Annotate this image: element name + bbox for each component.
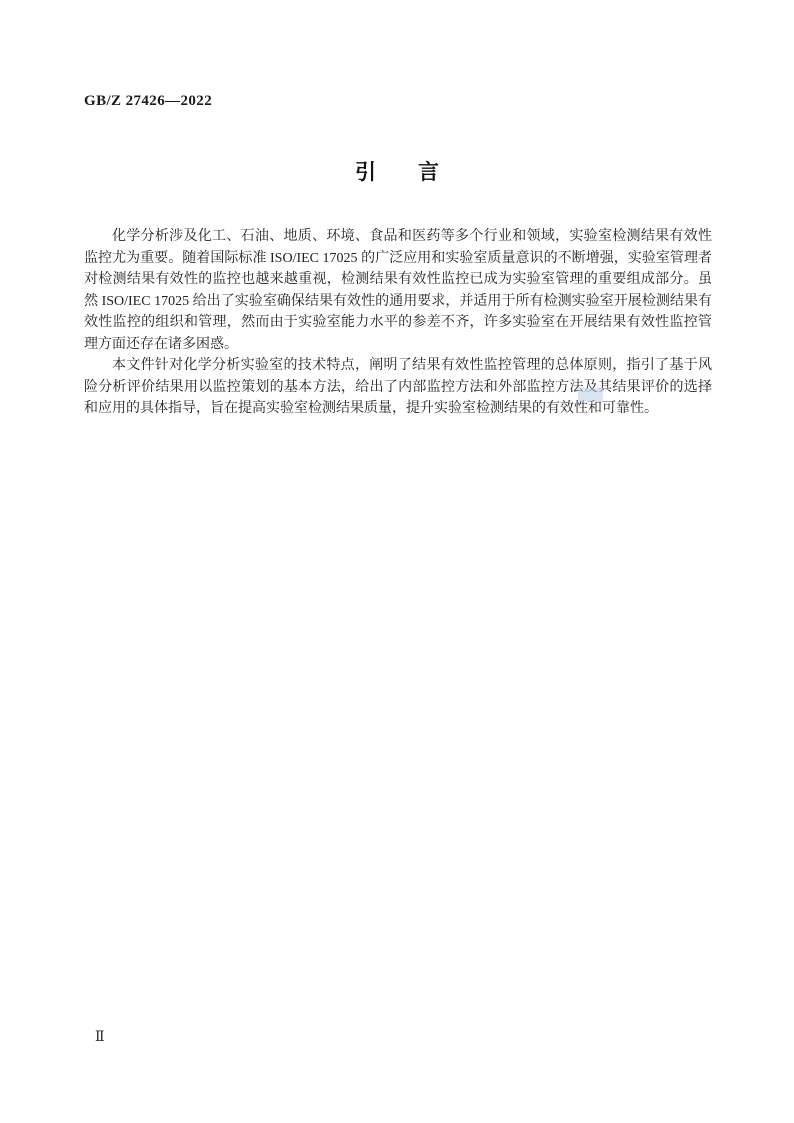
paragraph-1: 化学分析涉及化工、石油、地质、环境、食品和医药等多个行业和领域，实验室检测结果有…	[84, 226, 712, 355]
page-number: Ⅱ	[95, 1029, 105, 1046]
document-body: 化学分析涉及化工、石油、地质、环境、食品和医药等多个行业和领域，实验室检测结果有…	[84, 226, 712, 420]
paragraph-2: 本文件针对化学分析实验室的技术特点，阐明了结果有效性监控管理的总体原则，指引了基…	[84, 355, 712, 420]
document-page: GB/Z 27426—2022 引 言 化学分析涉及化工、石油、地质、环境、食品…	[0, 0, 794, 1123]
page-title: 引 言	[0, 156, 794, 186]
document-number: GB/Z 27426—2022	[84, 93, 212, 110]
